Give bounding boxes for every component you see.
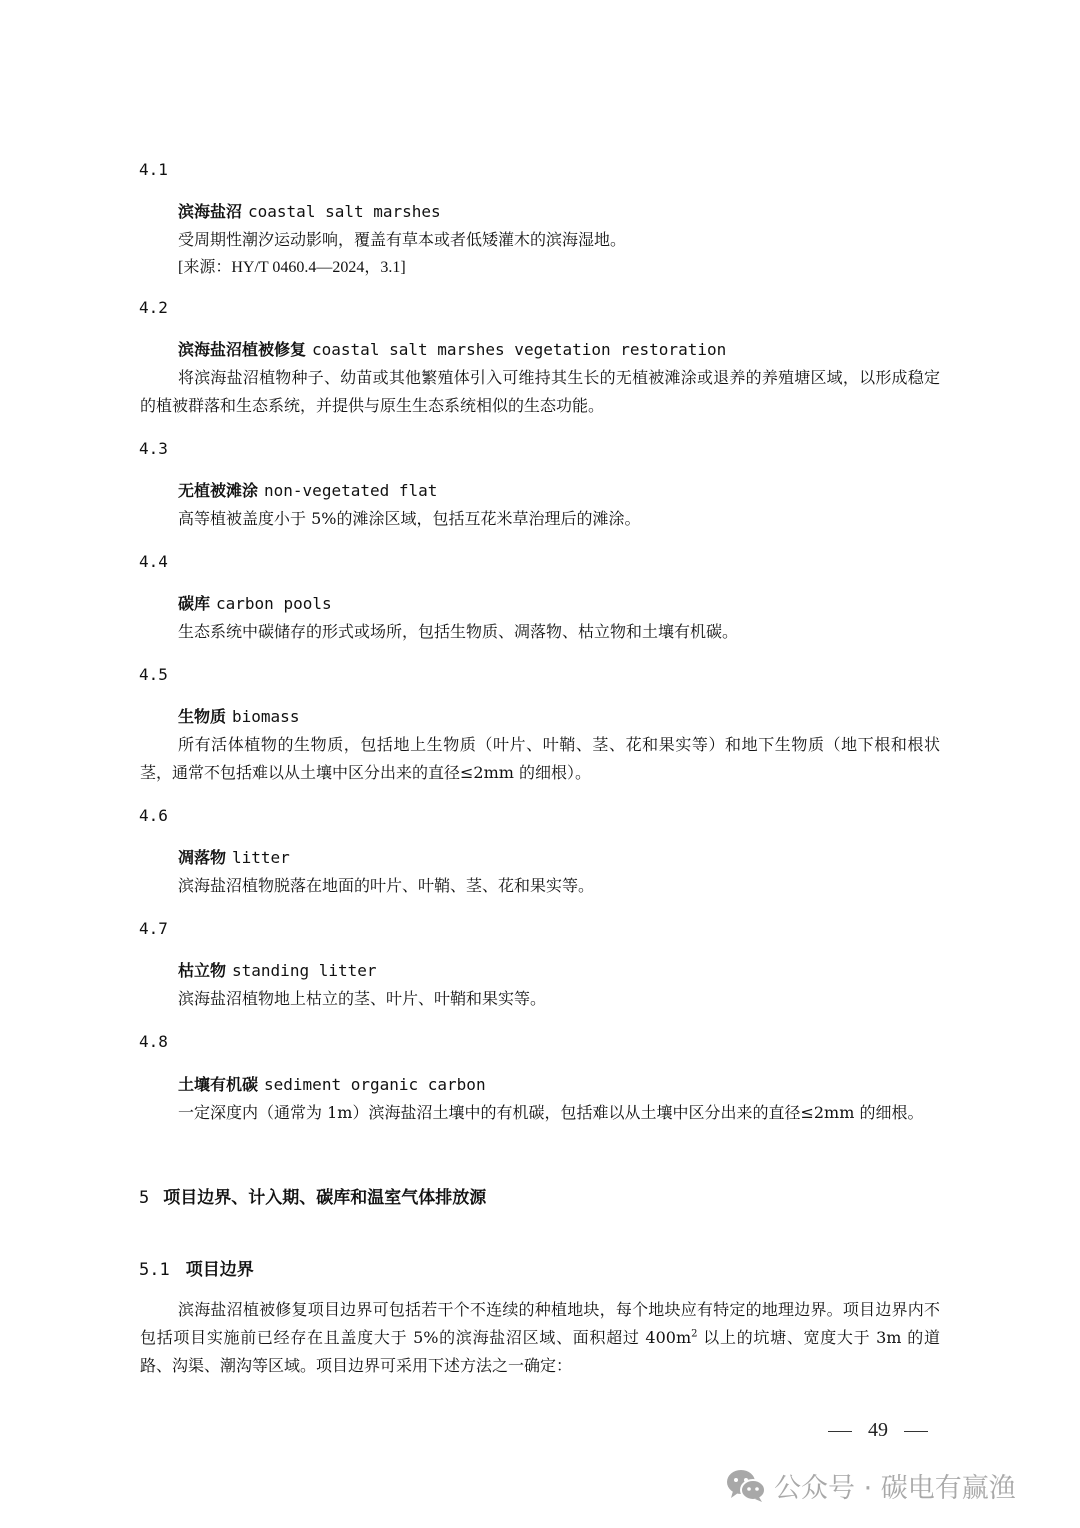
section-paragraph: 滨海盐沼植被修复项目边界可包括若干个不连续的种植地块，每个地块应有特定的地理边界… [140, 1296, 940, 1380]
term-en: coastal salt marshes [248, 202, 441, 221]
term-number: 4.3 [139, 439, 168, 459]
term-en: coastal salt marshes vegetation restorat… [312, 340, 726, 359]
term-number: 4.1 [139, 160, 168, 180]
term-source: [来源：HY/T 0460.4—2024，3.1] [178, 257, 406, 279]
term-en: carbon pools [216, 594, 332, 613]
term-zh: 无植被滩涂 [178, 481, 258, 500]
term-heading: 凋落物litter [178, 847, 290, 869]
term-en: biomass [232, 707, 299, 726]
term-definition: 将滨海盐沼植物种子、幼苗或其他繁殖体引入可维持其生长的无植被滩涂或退养的养殖塘区… [140, 364, 940, 420]
term-definition: 受周期性潮汐运动影响，覆盖有草本或者低矮灌木的滨海湿地。 [140, 226, 940, 254]
term-definition: 生态系统中碳储存的形式或场所，包括生物质、凋落物、枯立物和土壤有机碳。 [140, 618, 940, 646]
subsection-heading: 5.1项目边界 [139, 1259, 254, 1281]
term-en: non-vegetated flat [264, 481, 437, 500]
dash-right [904, 1431, 928, 1432]
page-number-value: 49 [868, 1419, 888, 1441]
term-heading: 枯立物standing litter [178, 960, 377, 982]
term-definition: 所有活体植物的生物质，包括地上生物质（叶片、叶鞘、茎、花和果实等）和地下生物质（… [140, 731, 940, 787]
term-number: 4.4 [139, 552, 168, 572]
watermark: 公众号 · 碳电有赢渔 [726, 1466, 1016, 1505]
section-number: 5 [139, 1188, 149, 1208]
term-zh: 碳库 [178, 594, 210, 613]
dash-left [828, 1431, 852, 1432]
document-page: 4.1 滨海盐沼coastal salt marshes 受周期性潮汐运动影响，… [0, 0, 1080, 1528]
subsection-title: 项目边界 [186, 1260, 254, 1280]
term-zh: 滨海盐沼 [178, 202, 242, 221]
term-definition: 滨海盐沼植物脱落在地面的叶片、叶鞘、茎、花和果实等。 [140, 872, 940, 900]
term-number: 4.7 [139, 919, 168, 939]
term-heading: 土壤有机碳sediment organic carbon [178, 1074, 486, 1096]
section-heading: 5项目边界、计入期、碳库和温室气体排放源 [139, 1187, 486, 1209]
term-en: standing litter [232, 961, 377, 980]
watermark-text: 公众号 · 碳电有赢渔 [774, 1466, 1016, 1505]
term-heading: 滨海盐沼植被修复coastal salt marshes vegetation … [178, 339, 726, 361]
term-number: 4.6 [139, 806, 168, 826]
term-heading: 滨海盐沼coastal salt marshes [178, 201, 441, 223]
term-zh: 凋落物 [178, 848, 226, 867]
term-definition: 一定深度内（通常为 1m）滨海盐沼土壤中的有机碳，包括难以从土壤中区分出来的直径… [140, 1099, 940, 1127]
term-number: 4.2 [139, 298, 168, 318]
term-zh: 枯立物 [178, 961, 226, 980]
term-zh: 生物质 [178, 707, 226, 726]
term-zh: 滨海盐沼植被修复 [178, 340, 306, 359]
term-number: 4.5 [139, 665, 168, 685]
term-definition: 滨海盐沼植物地上枯立的茎、叶片、叶鞘和果实等。 [140, 985, 940, 1013]
term-heading: 无植被滩涂non-vegetated flat [178, 480, 437, 502]
term-definition: 高等植被盖度小于 5%的滩涂区域，包括互花米草治理后的滩涂。 [140, 505, 940, 533]
term-number: 4.8 [139, 1032, 168, 1052]
subsection-number: 5.1 [139, 1260, 170, 1280]
term-heading: 生物质biomass [178, 706, 299, 728]
term-heading: 碳库carbon pools [178, 593, 332, 615]
section-title: 项目边界、计入期、碳库和温室气体排放源 [163, 1188, 486, 1208]
wechat-icon [726, 1469, 766, 1503]
term-en: sediment organic carbon [264, 1075, 486, 1094]
term-en: litter [232, 848, 290, 867]
page-number: 49 [828, 1418, 928, 1442]
term-zh: 土壤有机碳 [178, 1075, 258, 1094]
